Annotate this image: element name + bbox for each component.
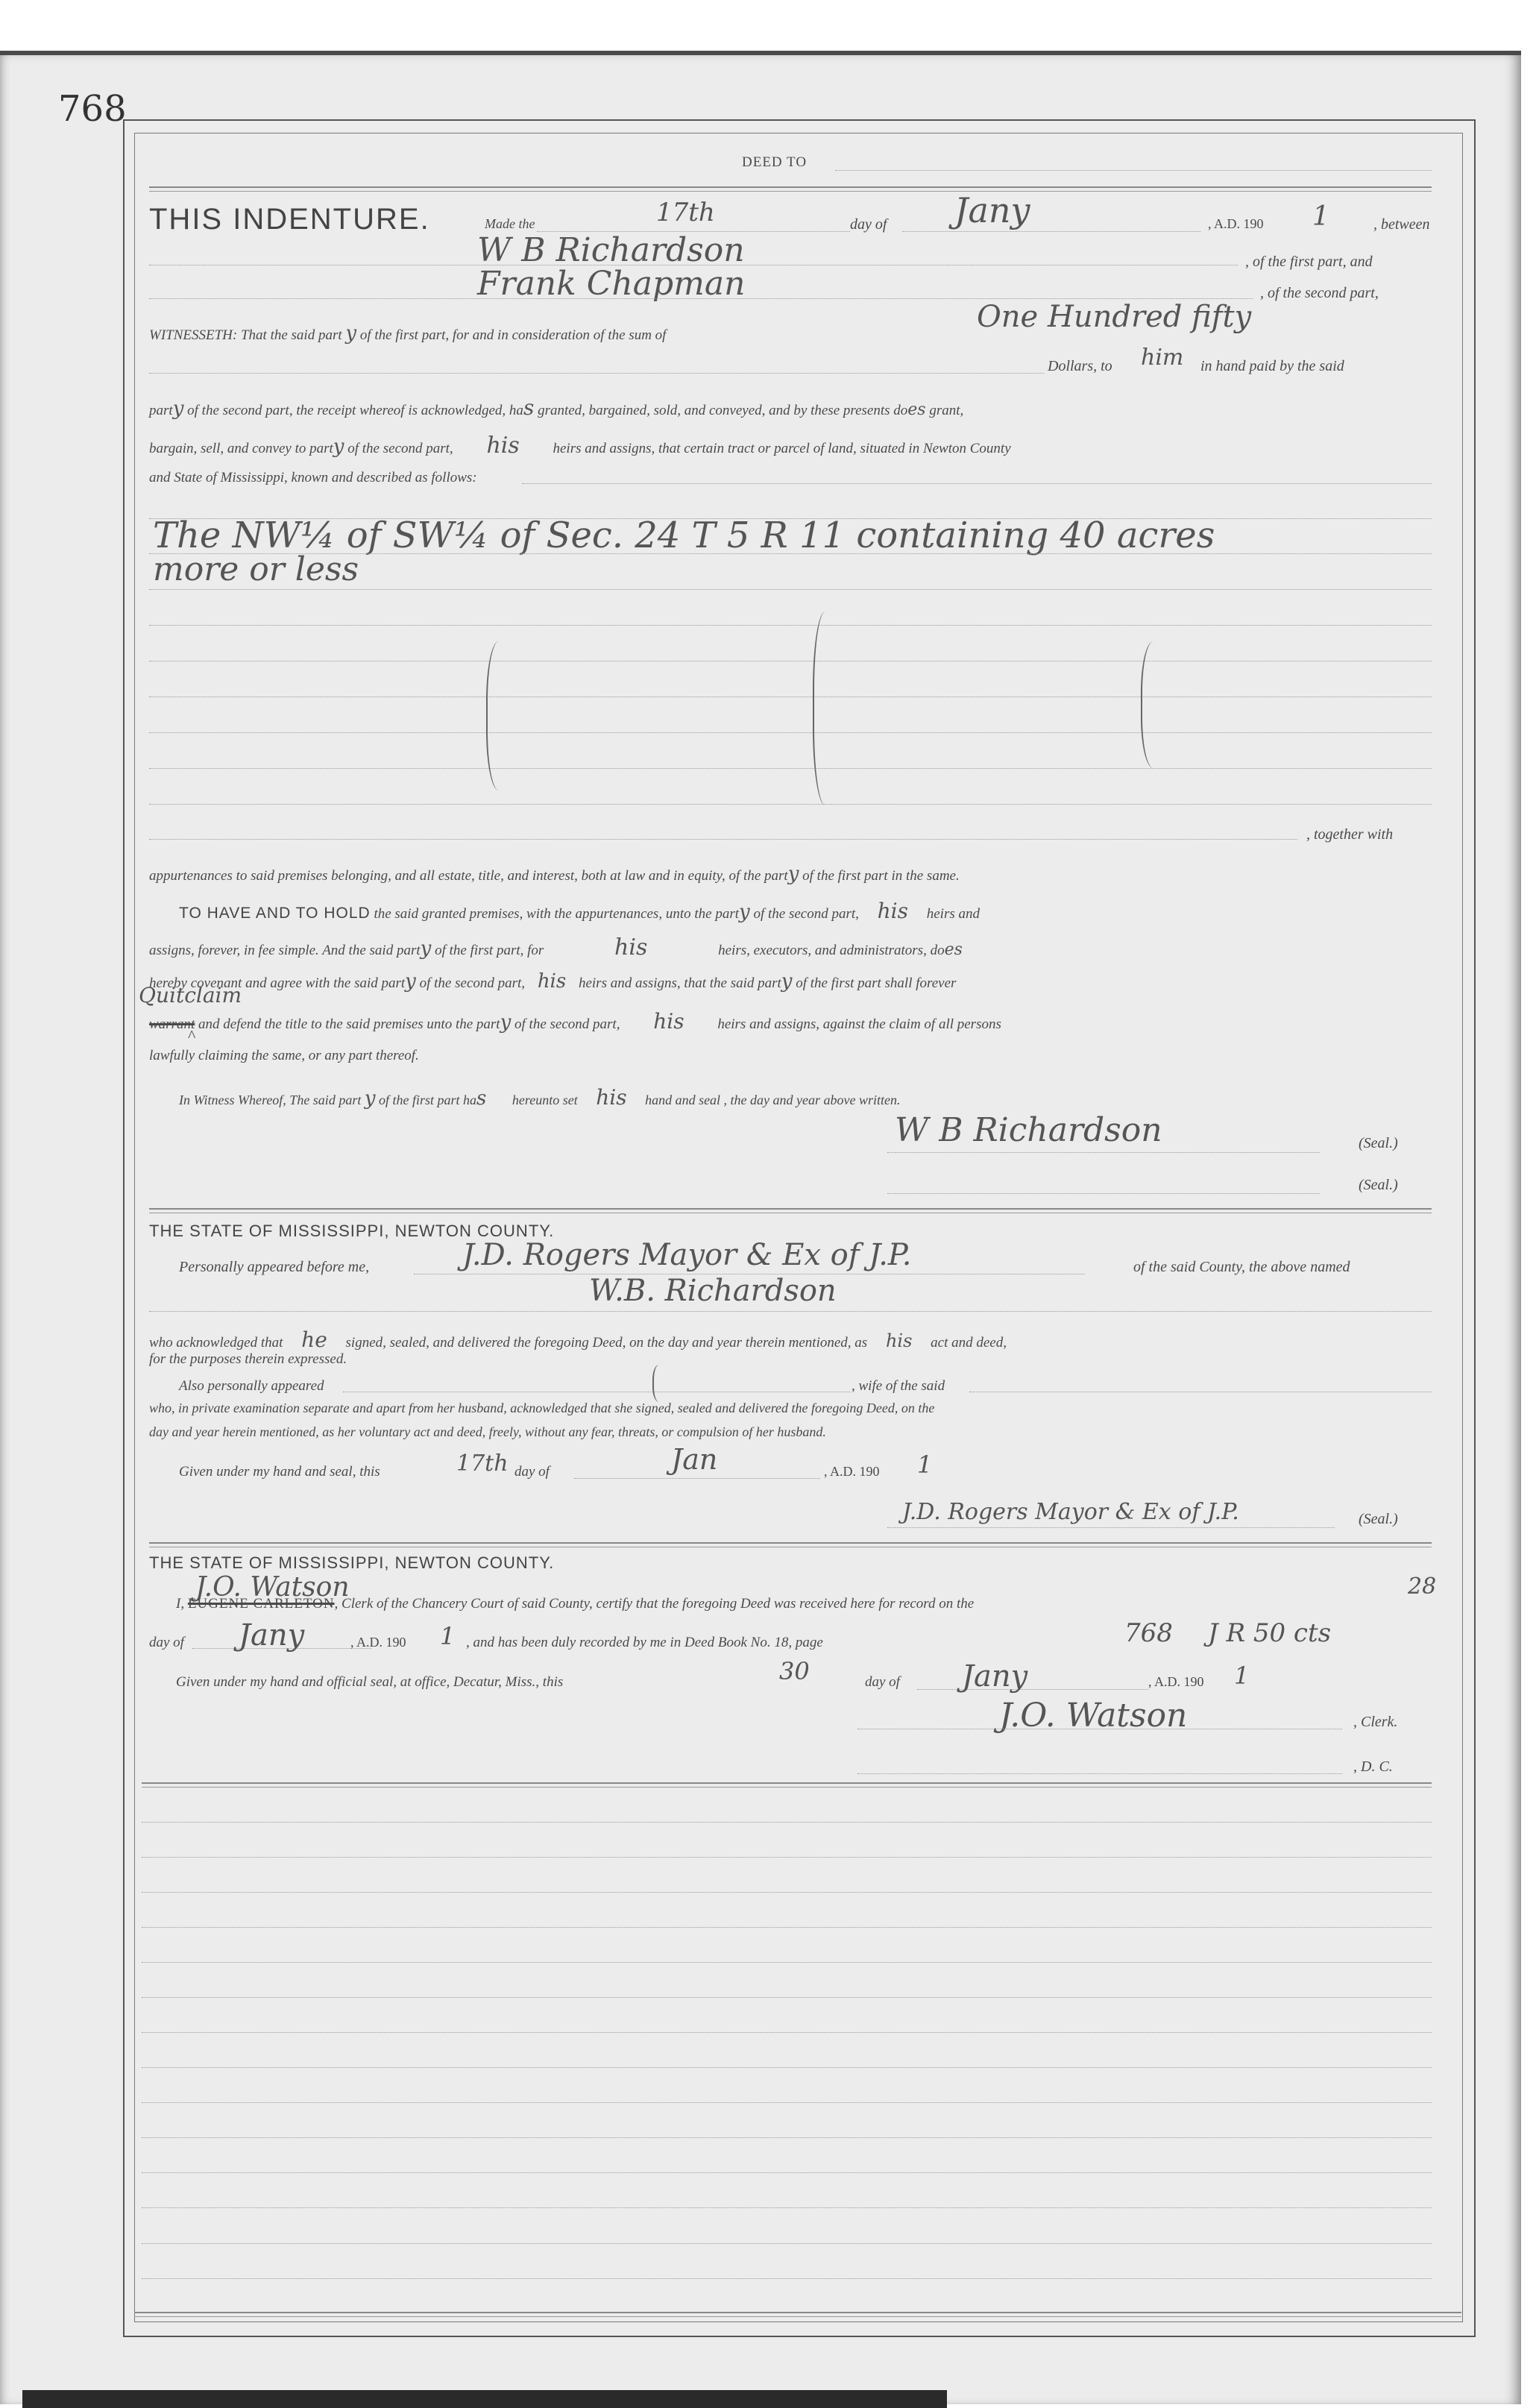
text: signed, sealed, and delivered the forego… [346, 1335, 868, 1351]
text: of the first part in the same. [802, 868, 960, 884]
habendum-line: TO HAVE AND TO HOLD the said granted pre… [179, 899, 980, 923]
fill: his [863, 899, 923, 923]
also-appeared-label: Also personally appeared [179, 1378, 324, 1395]
blank-rule [142, 1822, 1432, 1823]
page-edge-shadow [22, 2390, 947, 2408]
text: of the second part, the receipt whereof … [187, 403, 523, 418]
text: heirs and assigns, against the claim of … [717, 1016, 1001, 1032]
text: heirs and assigns, that certain tract or… [553, 441, 1011, 456]
text: granted, bargained, sold, and conveyed, … [538, 403, 907, 418]
fill: y [421, 937, 432, 960]
fill: y [739, 901, 750, 923]
witnesseth-line1: WITNESSETH: That the said part y of the … [149, 322, 666, 345]
page-number: 768 [58, 88, 127, 130]
grantor-line [149, 1311, 1432, 1312]
received-day: 28 [1408, 1574, 1436, 1600]
ack-grantor-name: W.B. Richardson [589, 1274, 837, 1308]
seal-label-1: (Seal.) [1359, 1135, 1398, 1152]
recording-heading: THE STATE OF MISSISSIPPI, NEWTON COUNTY. [149, 1553, 554, 1573]
wife-line [343, 1392, 850, 1392]
recorded-ad: , A.D. 190 [350, 1635, 406, 1650]
second-party-line [149, 298, 1253, 299]
dollars-label: Dollars, to [1048, 358, 1112, 375]
fill: his [623, 1009, 714, 1034]
witnesseth-line3: party of the second part, the receipt wh… [149, 395, 963, 420]
given-office-year: 1 [1234, 1662, 1249, 1690]
land-description-line2: more or less [153, 550, 359, 588]
text: the said granted premises, with the appu… [374, 906, 739, 922]
blank-rule [142, 2032, 1432, 2033]
recorded-page: 768 [1124, 1618, 1173, 1648]
fill: y [405, 970, 416, 993]
assigns-line: assigns, forever, in fee simple. And the… [149, 934, 963, 961]
text: hereunto set [512, 1093, 578, 1107]
dc-label: , D. C. [1353, 1758, 1393, 1776]
struck-clerk-name: EUGENE CARLETON [188, 1596, 335, 1612]
blank-rule [142, 1857, 1432, 1858]
given-office-day: 30 [779, 1657, 810, 1685]
ad-label: , A.D. 190 [1208, 216, 1264, 232]
made-the-label: Made the [485, 216, 535, 232]
given-year: 1 [917, 1450, 932, 1479]
desc-rule [149, 804, 1432, 805]
text: of the second part, [347, 441, 453, 456]
received-year: 1 [440, 1622, 455, 1650]
privy-line-2: day and year herein mentioned, as her vo… [149, 1424, 826, 1440]
wife-label: , wife of the said [852, 1378, 945, 1395]
text: , Clerk of the Chancery Court of said Co… [335, 1596, 975, 1612]
officer-name: J.D. Rogers Mayor & Ex of J.P. [462, 1238, 911, 1272]
given-label: Given under my hand and seal, this [179, 1464, 380, 1480]
text: act and deed, [931, 1335, 1007, 1351]
blank-mark [652, 1365, 669, 1402]
together-rule [149, 839, 1297, 840]
officer-sig-line [887, 1527, 1335, 1528]
text: of the first part ha [379, 1093, 476, 1107]
given-month-line [574, 1478, 820, 1479]
section-rule [149, 1208, 1432, 1213]
blank-brace-mark [1141, 641, 1172, 768]
dc-line [857, 1773, 1342, 1774]
fill: y [173, 397, 184, 420]
section-rule [142, 1782, 1432, 1788]
fill: his [456, 433, 549, 459]
blank-rule [142, 2278, 1432, 2279]
blank-rule [142, 2207, 1432, 2208]
privy-line-1: who, in private examination separate and… [149, 1401, 934, 1416]
fill: y [365, 1087, 376, 1110]
bottom-rule [134, 2312, 1461, 2317]
between-label: , between [1373, 216, 1430, 233]
second-part-label: , of the second part, [1260, 285, 1379, 302]
signature-line [887, 1193, 1320, 1194]
blank-rule [142, 1927, 1432, 1928]
given-office-month-line [917, 1689, 1148, 1690]
text: who acknowledged that [149, 1335, 283, 1351]
caret-mark: ^ [188, 1026, 195, 1046]
text: appurtenances to said premises belonging… [149, 868, 788, 884]
month-line [902, 231, 1200, 232]
testimonium-line: In Witness Whereof, The said part y of t… [179, 1085, 901, 1110]
fill: he [286, 1327, 342, 1352]
text: and defend the title to the said premise… [198, 1016, 500, 1032]
seal-label-2: (Seal.) [1359, 1177, 1398, 1194]
wife-line [969, 1392, 1432, 1392]
clerk-sig-line [857, 1729, 1342, 1729]
fill: y [788, 863, 799, 885]
recorded-text: , and has been duly recorded by me in De… [466, 1635, 823, 1651]
ack-seal-label: (Seal.) [1359, 1511, 1398, 1528]
line5-rule [522, 483, 1432, 484]
quitclaim-insertion: Quitclaim [139, 983, 242, 1007]
text: heirs, executors, and administrators, do [718, 943, 944, 958]
appurtenances-line: appurtenances to said premises belonging… [149, 863, 960, 885]
text: I, [176, 1596, 184, 1612]
text: of the first part, for [435, 943, 544, 958]
given-day: 17th [456, 1450, 509, 1477]
given-office-day-of: day of [865, 1674, 900, 1691]
witnesseth-line5: and State of Mississippi, known and desc… [149, 470, 477, 486]
deed-to-line [835, 170, 1432, 171]
text: heirs and [927, 906, 980, 922]
defend-line: warrant and defend the title to the said… [149, 1009, 1001, 1034]
signature-line [887, 1152, 1320, 1153]
purposes-line: for the purposes therein expressed. [149, 1351, 347, 1368]
text: In Witness Whereof, The said part [179, 1093, 361, 1107]
received-month: Jany [239, 1618, 304, 1653]
given-office-text: Given under my hand and official seal, a… [176, 1674, 563, 1691]
first-party-name: W B Richardson [477, 231, 745, 269]
first-part-label: , of the first part, and [1245, 254, 1373, 271]
header-rule [149, 186, 1432, 192]
blank-rule [142, 2137, 1432, 2138]
indenture-title: THIS INDENTURE. [149, 203, 430, 236]
clerk-label: , Clerk. [1353, 1714, 1397, 1731]
blank-rule [142, 2067, 1432, 2068]
desc-rule [149, 589, 1432, 590]
habendum-caps: TO HAVE AND TO HOLD [179, 905, 371, 922]
ack-line: who acknowledged that he signed, sealed,… [149, 1327, 1007, 1352]
blank-brace-mark [486, 641, 517, 790]
recording-fee-note: J R 50 cts [1208, 1618, 1331, 1648]
blank-rule [142, 1962, 1432, 1963]
text: heirs and assigns, that the said part [579, 975, 781, 991]
second-party-name: Frank Chapman [477, 265, 745, 303]
fill: s [523, 395, 534, 420]
paid-label: in hand paid by the said [1200, 358, 1344, 375]
desc-rule [149, 661, 1432, 661]
desc-rule [149, 768, 1432, 769]
text: of the second part, [514, 1016, 620, 1032]
blank-rule [142, 2102, 1432, 2103]
given-office-month: Jany [962, 1659, 1027, 1694]
fill: es [907, 400, 925, 419]
fill: his [547, 934, 714, 961]
day-of-label: day of [850, 216, 887, 233]
given-office-ad: , A.D. 190 [1148, 1674, 1204, 1690]
text: hand and seal , the day and year above w… [645, 1093, 900, 1107]
witnesseth-text: WITNESSETH: That the said part [149, 327, 342, 343]
fill: his [581, 1085, 641, 1110]
given-ad: , A.D. 190 [824, 1464, 880, 1480]
given-day-of: day of [514, 1464, 550, 1480]
blank-rule [142, 1997, 1432, 1998]
text: grant, [929, 403, 963, 418]
fill: es [945, 940, 963, 959]
officer-cont: of the said County, the above named [1133, 1259, 1350, 1276]
together-with: , together with [1306, 826, 1393, 843]
text: of the first part shall forever [796, 975, 956, 991]
given-month: Jan [671, 1443, 717, 1476]
grantor-signature: W B Richardson [895, 1111, 1162, 1149]
fill: his [529, 970, 575, 993]
blank-brace-mark [813, 612, 844, 805]
dollars-to: him [1141, 345, 1183, 371]
clerk-certify-line: I, EUGENE CARLETON, Clerk of the Chancer… [176, 1596, 974, 1612]
appeared-label: Personally appeared before me, [179, 1259, 369, 1276]
section-rule [149, 1542, 1432, 1547]
text: assigns, forever, in fee simple. And the… [149, 943, 421, 958]
text: bargain, sell, and convey to part [149, 441, 333, 456]
witnesseth-line4: bargain, sell, and convey to party of th… [149, 433, 1011, 459]
witnesseth-fill: y [345, 322, 356, 345]
recorded-day-of: day of [149, 1635, 184, 1651]
text: of the second part, [420, 975, 525, 991]
fill: y [500, 1011, 512, 1034]
text: of the second part, [753, 906, 858, 922]
blank-rule [142, 2172, 1432, 2173]
lawfully-line: lawfully claiming the same, or any part … [149, 1048, 419, 1064]
deed-to-label: DEED TO [742, 154, 807, 171]
desc-rule [149, 625, 1432, 626]
indenture-day: 17th [656, 198, 715, 227]
indenture-month: Jany [954, 190, 1030, 230]
desc-rule [149, 697, 1432, 697]
consideration-sum: One Hundred fifty [977, 300, 1251, 334]
fill: y [781, 970, 793, 993]
fill: s [476, 1087, 509, 1110]
sum-line [149, 373, 1044, 374]
desc-rule [149, 732, 1432, 733]
blank-rule [142, 2243, 1432, 2244]
text: part [149, 403, 173, 418]
covenant-line: hereby covenant and agree with the said … [149, 970, 956, 993]
indenture-year: 1 [1312, 201, 1329, 232]
officer-signature: J.D. Rogers Mayor & Ex of J.P. [902, 1499, 1239, 1525]
witnesseth-cont: of the first part, for and in considerat… [360, 327, 667, 343]
blank-rule [142, 1892, 1432, 1893]
fill: his [871, 1330, 927, 1351]
fill: y [333, 436, 344, 458]
